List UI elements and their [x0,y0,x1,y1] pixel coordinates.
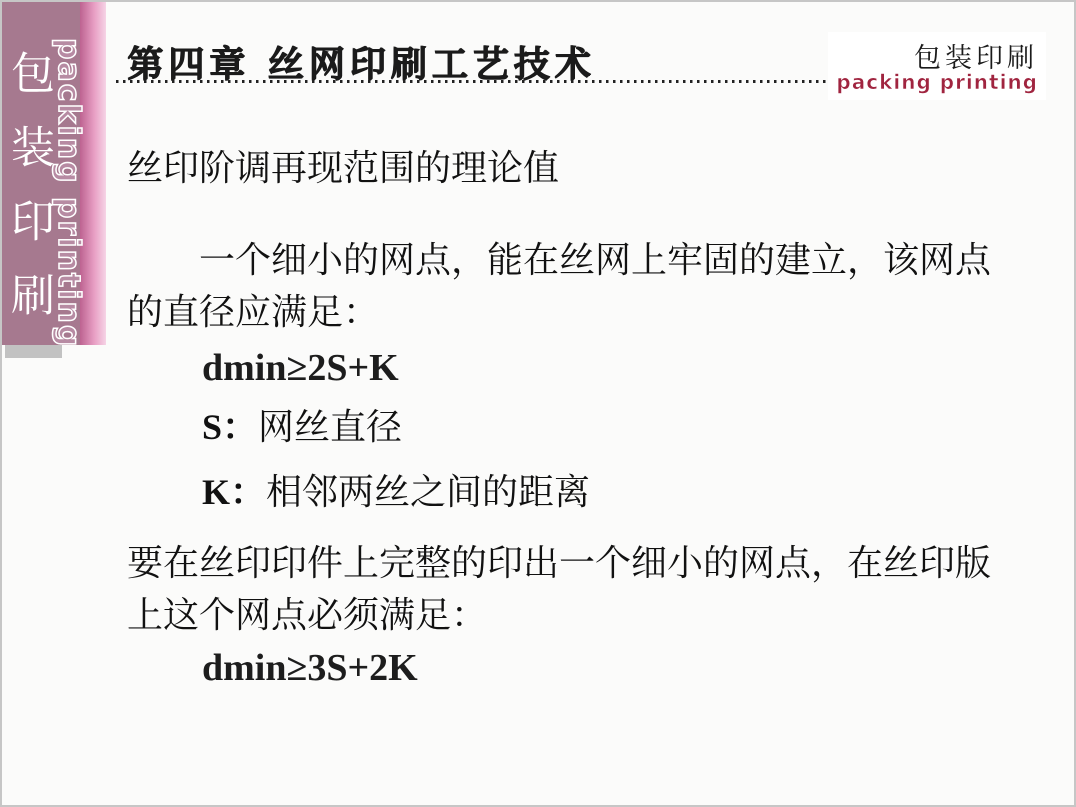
logo: 包装印刷 packing printing [828,32,1046,100]
definition-k-term: K： [202,472,266,512]
sidebar-vertical-title: 包装印刷 [6,50,50,346]
formula-dmin-2s-k: dmin≥2S+K [202,346,399,392]
logo-english: packing printing [836,70,1038,94]
definition-k: K：相邻两丝之间的距离 [202,471,590,514]
definition-s-term: S： [202,407,258,447]
formula-dmin-3s-2k: dmin≥3S+2K [202,646,418,692]
sidebar-vertical-subtitle: packing printing [51,38,86,348]
paragraph-dot-condition: 一个细小的网点，能在丝网上牢固的建立，该网点的直径应满足： [127,234,1015,338]
dotted-rule [116,80,836,83]
paragraph-print-condition: 要在丝印印件上完整的印出一个细小的网点，在丝印版上这个网点必须满足： [127,537,1015,641]
definition-s: S：网丝直径 [202,406,402,449]
section-heading: 丝印阶调再现范围的理论值 [127,142,1015,194]
slide: 包装印刷 packing printing 第四章 丝网印刷工艺技术 包装印刷 … [0,0,1076,807]
definition-k-text: 相邻两丝之间的距离 [266,472,590,512]
definition-s-text: 网丝直径 [258,407,402,447]
